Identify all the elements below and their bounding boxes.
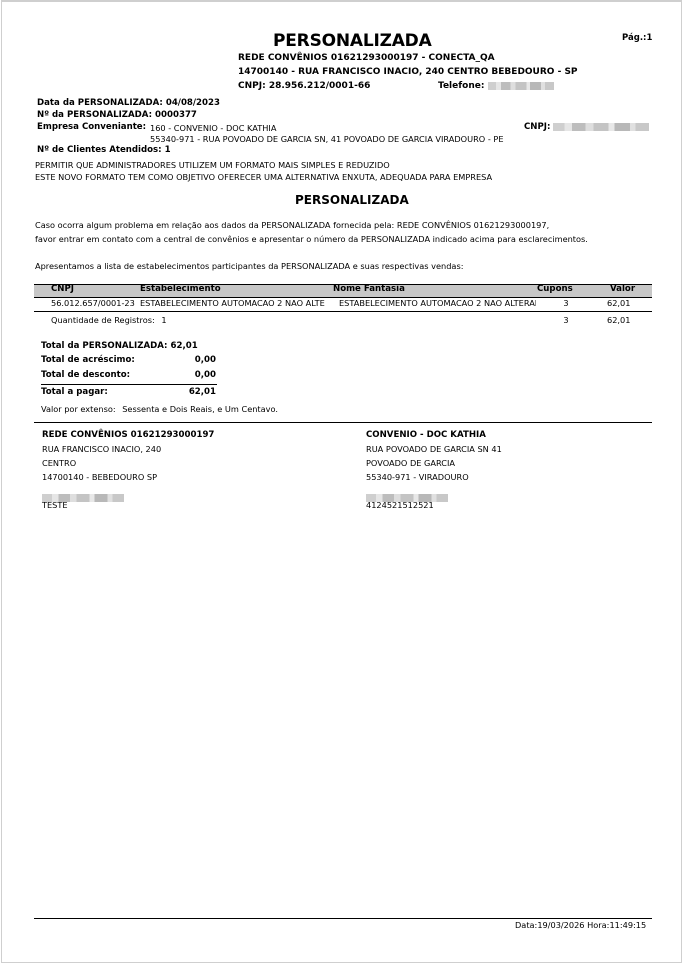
party-left-district: CENTRO — [42, 458, 76, 468]
number-value: 0000377 — [155, 110, 197, 120]
party-right-street: RUA POVOADO DE GARCIA SN 41 — [366, 444, 502, 454]
party-left-city: 14700140 - BEBEDOURO SP — [42, 472, 157, 482]
desconto-value: 0,00 — [160, 370, 216, 380]
parties-divider — [34, 422, 652, 423]
footer-cupons: 3 — [555, 315, 577, 325]
company-value: 160 - CONVENIO - DOC KATHIA — [150, 123, 276, 133]
phone-redacted — [488, 82, 554, 90]
section-title: PERSONALIZADA — [295, 193, 409, 207]
total-value: 62,01 — [170, 341, 197, 351]
row-cnpj: 56.012.657/0001-23 — [51, 298, 135, 308]
company-label: Empresa Conveniante: — [37, 122, 146, 132]
contact-paragraph-line-1: Caso ocorra algum problema em relação ao… — [35, 220, 549, 230]
date-value: 04/08/2023 — [166, 98, 220, 108]
clients-field: Nº de Clientes Atendidos: 1 — [37, 145, 171, 155]
totals-divider — [41, 384, 217, 385]
column-header-estabelecimento: Estabelecimento — [140, 284, 221, 294]
extenso-label: Valor por extenso: — [41, 404, 116, 414]
row-valor: 62,01 — [607, 298, 630, 308]
page-number: Pág.:1 — [622, 33, 652, 43]
total-label: Total da PERSONALIZADA: — [41, 341, 167, 351]
number-field: Nº da PERSONALIZADA: 0000377 — [37, 110, 197, 120]
row-estabelecimento: ESTABELECIMENTO AUTOMACAO 2 NAO ALTE — [140, 298, 338, 308]
party-left-street: RUA FRANCISCO INACIO, 240 — [42, 444, 161, 454]
total-field: Total da PERSONALIZADA: 62,01 — [41, 341, 198, 351]
party-right-name: CONVENIO - DOC KATHIA — [366, 430, 486, 440]
address-line: 14700140 - RUA FRANCISCO INACIO, 240 CEN… — [238, 67, 578, 77]
party-right-district: POVOADO DE GARCIA — [366, 458, 455, 468]
table-row-divider — [34, 311, 652, 312]
phone-label: Telefone: — [438, 81, 484, 91]
company-cnpj-redacted — [553, 123, 649, 131]
pagar-label: Total a pagar: — [41, 387, 108, 397]
records-label: Quantidade de Registros: — [51, 315, 155, 325]
print-timestamp: Data:19/03/2026 Hora:11:49:15 — [515, 920, 646, 930]
party-left-name: REDE CONVÊNIOS 01621293000197 — [42, 430, 214, 440]
records-count: Quantidade de Registros: 1 — [51, 315, 167, 325]
party-right-city: 55340-971 - VIRADOURO — [366, 472, 469, 482]
footer-divider — [34, 918, 652, 919]
company-cnpj: CNPJ: — [524, 122, 649, 132]
extenso-field: Valor por extenso: Sessenta e Dois Reais… — [41, 404, 278, 414]
extenso-value: Sessenta e Dois Reais, e Um Centavo. — [122, 404, 278, 414]
row-cupons: 3 — [555, 298, 577, 308]
column-header-valor: Valor — [610, 284, 635, 294]
column-header-cnpj: CNPJ — [51, 284, 74, 294]
clients-value: 1 — [165, 145, 171, 155]
note-line-2: ESTE NOVO FORMATO TEM COMO OBJETIVO OFER… — [35, 172, 492, 182]
column-header-cupons: Cupons — [537, 284, 573, 294]
desconto-label: Total de desconto: — [41, 370, 130, 380]
note-line-1: PERMITIR QUE ADMINISTRADORES UTILIZEM UM… — [35, 160, 390, 170]
cnpj-line: CNPJ: 28.956.212/0001-66 — [238, 81, 370, 91]
contact-paragraph-line-2: favor entrar em contato com a central de… — [35, 234, 588, 244]
phone-line: Telefone: — [438, 81, 554, 91]
party-right-extra: 4124521512521 — [366, 500, 434, 510]
pagar-value: 62,01 — [160, 387, 216, 397]
party-left-extra: TESTE — [42, 500, 68, 510]
column-header-nome-fantasia: Nome Fantasia — [333, 284, 405, 294]
row-nome-fantasia: ESTABELECIMENTO AUTOMACAO 2 NAO ALTERAI — [339, 298, 536, 308]
company-line: REDE CONVÊNIOS 01621293000197 - CONECTA_… — [238, 53, 495, 63]
date-field: Data da PERSONALIZADA: 04/08/2023 — [37, 98, 220, 108]
report-title: PERSONALIZADA — [273, 31, 432, 51]
acrescimo-value: 0,00 — [160, 355, 216, 365]
print-date-label: Data: — [515, 920, 537, 930]
print-time-label: Hora: — [587, 920, 609, 930]
print-date-value: 19/03/2026 — [537, 920, 584, 930]
company-cnpj-label: CNPJ: — [524, 122, 550, 132]
records-value: 1 — [161, 315, 166, 325]
company-address: 55340-971 - RUA POVOADO DE GARCIA SN, 41… — [150, 134, 504, 144]
date-label: Data da PERSONALIZADA: — [37, 98, 163, 108]
clients-label: Nº de Clientes Atendidos: — [37, 145, 162, 155]
acrescimo-label: Total de acréscimo: — [41, 355, 135, 365]
print-time-value: 11:49:15 — [609, 920, 646, 930]
list-intro: Apresentamos a lista de estabelecimentos… — [35, 261, 463, 271]
footer-valor: 62,01 — [607, 315, 630, 325]
number-label: Nº da PERSONALIZADA: — [37, 110, 152, 120]
